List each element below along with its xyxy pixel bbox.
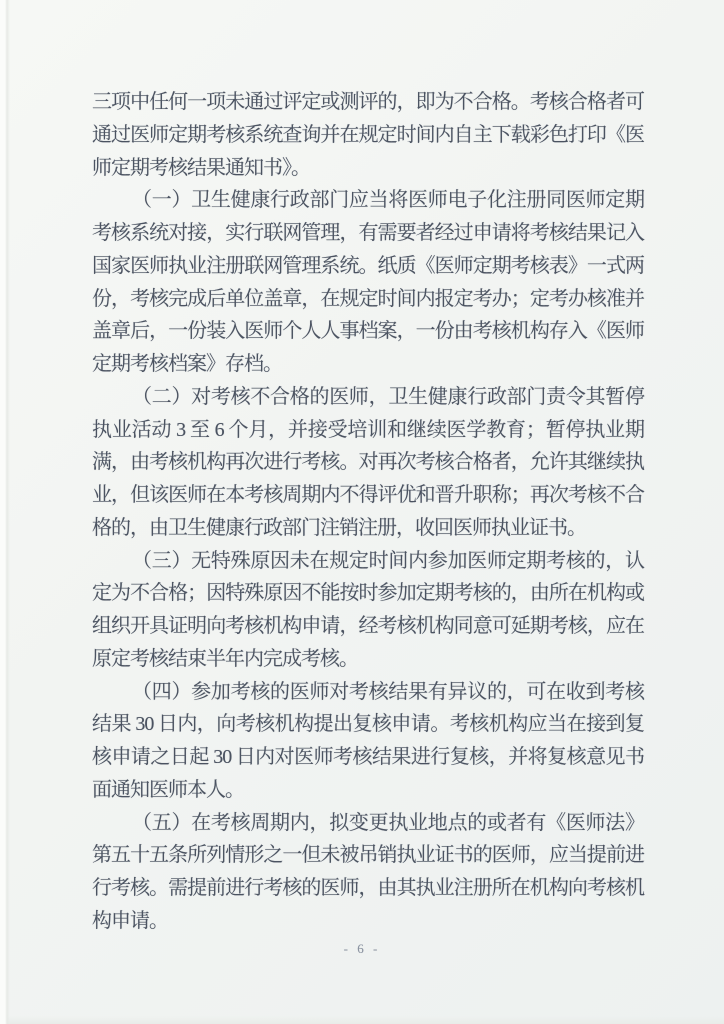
paragraph: （五）在考核周期内，拟变更执业地点的或者有《医师法》第五十五条所列情形之一但未被… [92, 807, 644, 938]
document-body: 三项中任何一项未通过评定或测评的，即为不合格。考核合格者可通过医师定期考核系统查… [92, 86, 644, 938]
paragraph: （一）卫生健康行政部门应当将医师电子化注册同医师定期考核系统对接，实行联网管理，… [92, 184, 644, 381]
scanned-page: 三项中任何一项未通过评定或测评的，即为不合格。考核合格者可通过医师定期考核系统查… [0, 0, 724, 1024]
paragraph: （四）参加考核的医师对考核结果有异议的，可在收到考核结果 30 日内，向考核机构… [92, 676, 644, 807]
paragraph: （三）无特殊原因未在规定时间内参加医师定期考核的，认定为不合格；因特殊原因不能按… [92, 545, 644, 676]
page-number: - 6 - [0, 941, 724, 957]
paragraph: 三项中任何一项未通过评定或测评的，即为不合格。考核合格者可通过医师定期考核系统查… [92, 86, 644, 184]
paragraph: （二）对考核不合格的医师，卫生健康行政部门责令其暂停执业活动 3 至 6 个月，… [92, 381, 644, 545]
